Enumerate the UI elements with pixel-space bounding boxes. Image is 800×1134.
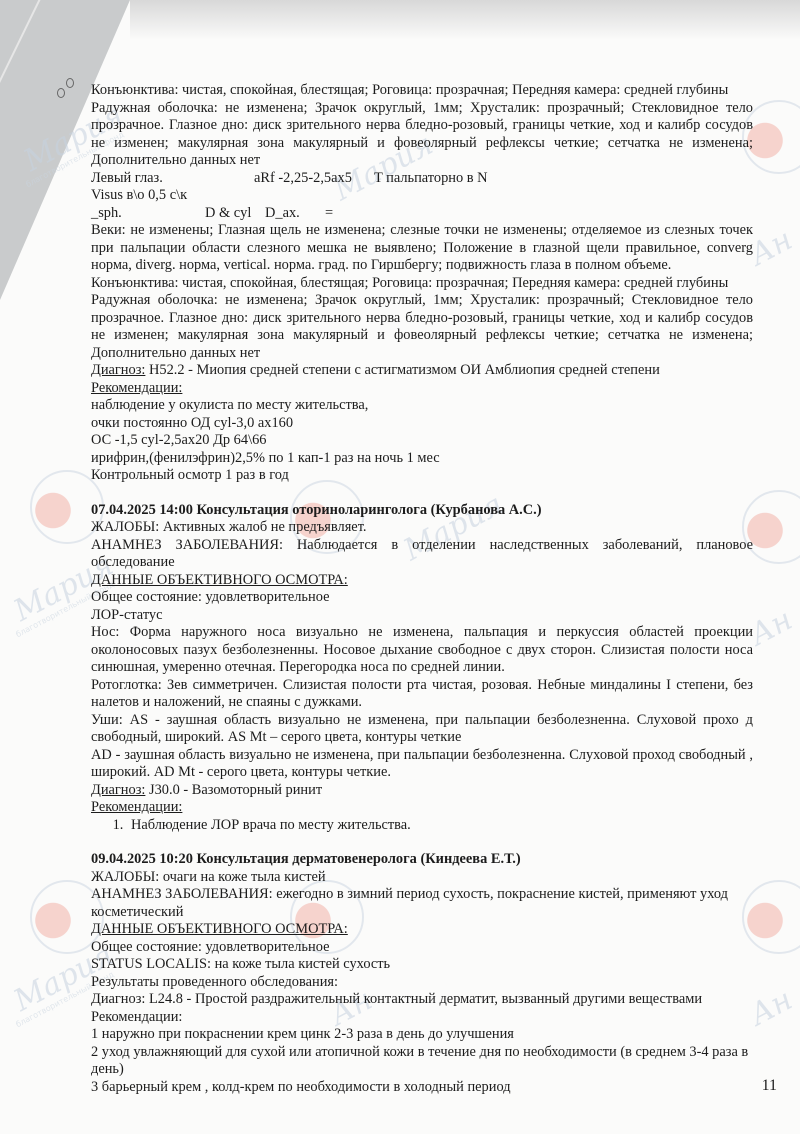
ent-throat: Ротоглотка: Зев симметричен. Слизистая п… <box>91 677 753 712</box>
left-eye-iris-fundus: Радужная оболочка: не изменена; Зрачок о… <box>91 292 753 362</box>
ent-heading: 07.04.2025 14:00 Консультация оторинолар… <box>91 502 753 520</box>
recommendations-label: Рекомендации: <box>91 1009 753 1027</box>
page-number: 11 <box>762 1077 777 1095</box>
visus-cyl: D & cyl <box>205 205 265 223</box>
recommendation-item: ирифрин,(фенилэфрин)2,5% по 1 кап-1 раз … <box>91 450 753 468</box>
derm-results: Результаты проведенного обследования: <box>91 974 753 992</box>
left-eye-lids: Веки: не изменены; Глазная щель не измен… <box>91 222 753 275</box>
ent-anamnesis: АНАМНЕЗ ЗАБОЛЕВАНИЯ: Наблюдается в отдел… <box>91 537 753 572</box>
recommendation-item: очки постоянно ОД cyl-3,0 ах160 <box>91 415 753 433</box>
left-eye-label: Левый глаз. <box>91 170 254 188</box>
spacer <box>91 485 753 502</box>
watermark: Ан <box>750 990 792 1025</box>
diagnosis-label: Диагноз: <box>91 362 145 378</box>
right-eye-iris-fundus: Радужная оболочка: не изменена; Зрачок о… <box>91 100 753 170</box>
recommendation-item: Контрольный осмотр 1 раз в год <box>91 467 753 485</box>
ent-complaints: ЖАЛОБЫ: Активных жалоб не предъявляет. <box>91 519 753 537</box>
scan-top-shadow <box>130 0 800 40</box>
recommendation-item: наблюдение у окулиста по месту жительств… <box>91 397 753 415</box>
recommendations-label: Рекомендации: <box>91 380 753 398</box>
watermark: Ан <box>750 230 792 265</box>
derm-complaints: ЖАЛОБЫ: очаги на коже тыла кистей <box>91 869 753 887</box>
ophthalmology-diagnosis: Диагноз: H52.2 - Миопия средней степени … <box>91 362 753 380</box>
ophthalmology-section: Конъюнктива: чистая, спокойная, блестяща… <box>91 82 753 485</box>
diagnosis-text: H52.2 - Миопия средней степени с астигма… <box>145 362 659 378</box>
document-page: Конъюнктива: чистая, спокойная, блестяща… <box>91 82 753 1096</box>
diagnosis-label: Диагноз: <box>91 782 145 798</box>
diagnosis-text: J30.0 - Вазомоторный ринит <box>145 782 322 798</box>
ent-recommendations-list: Наблюдение ЛОР врача по месту жительства… <box>91 817 753 835</box>
left-eye-refraction: aRf -2,25-2,5ax5 <box>254 170 374 188</box>
derm-diagnosis: Диагноз: L24.8 - Простой раздражительный… <box>91 991 753 1009</box>
ent-consultation-section: 07.04.2025 14:00 Консультация оторинолар… <box>91 502 753 835</box>
punch-hole-mark <box>66 78 74 88</box>
visus-value: Visus в\о 0,5 с\к _sph. <box>91 187 205 222</box>
visus-eq: = <box>325 205 333 223</box>
spacer <box>91 834 753 851</box>
recommendation-item: ОС -1,5 cyl-2,5ах20 Др 64\66 <box>91 432 753 450</box>
ent-ears-as: Уши: AS - заушная область визуально не и… <box>91 712 753 747</box>
derm-status-localis: STATUS LOCALIS: на коже тыла кистей сухо… <box>91 956 753 974</box>
derm-general: Общее состояние: удовлетворительное <box>91 939 753 957</box>
punch-hole-mark <box>57 88 65 98</box>
ent-nose: Нос: Форма наружного носа визуально не и… <box>91 624 753 677</box>
watermark: Ан <box>750 610 792 645</box>
left-eye-line: Левый глаз.aRf -2,25-2,5ax5T пальпаторно… <box>91 170 753 188</box>
derm-consultation-section: 09.04.2025 10:20 Консультация дерматовен… <box>91 851 753 1096</box>
derm-anamnesis: АНАМНЕЗ ЗАБОЛЕВАНИЯ: ежегодно в зимний п… <box>91 886 753 921</box>
ent-diagnosis: Диагноз: J30.0 - Вазомоторный ринит <box>91 782 753 800</box>
recommendation-item: 1 наружно при покраснении крем цинк 2-3 … <box>91 1026 753 1044</box>
left-eye-conjunctiva: Конъюнктива: чистая, спокойная, блестяща… <box>91 275 753 293</box>
visus-line: Visus в\о 0,5 с\к _sph.D & cylD_ax.= <box>91 187 753 222</box>
recommendations-label: Рекомендации: <box>91 799 753 817</box>
ent-ears-ad: AD - заушная область визуально не измене… <box>91 747 753 782</box>
derm-exam-label: ДАННЫЕ ОБЪЕКТИВНОГО ОСМОТРА: <box>91 921 753 939</box>
left-eye-tonometry: T пальпаторно в N <box>374 170 488 188</box>
ent-general: Общее состояние: удовлетворительное <box>91 589 753 607</box>
recommendation-item: 2 уход увлажняющий для сухой или атопичн… <box>91 1044 753 1079</box>
ent-lor-status: ЛОР-статус <box>91 607 753 625</box>
recommendation-item: 3 барьерный крем , колд-крем по необходи… <box>91 1079 753 1097</box>
visus-ax: D_ax. <box>265 205 325 223</box>
right-eye-conjunctiva: Конъюнктива: чистая, спокойная, блестяща… <box>91 82 753 100</box>
derm-heading: 09.04.2025 10:20 Консультация дерматовен… <box>91 851 753 869</box>
ent-exam-label: ДАННЫЕ ОБЪЕКТИВНОГО ОСМОТРА: <box>91 572 753 590</box>
recommendation-item: Наблюдение ЛОР врача по месту жительства… <box>127 817 753 835</box>
